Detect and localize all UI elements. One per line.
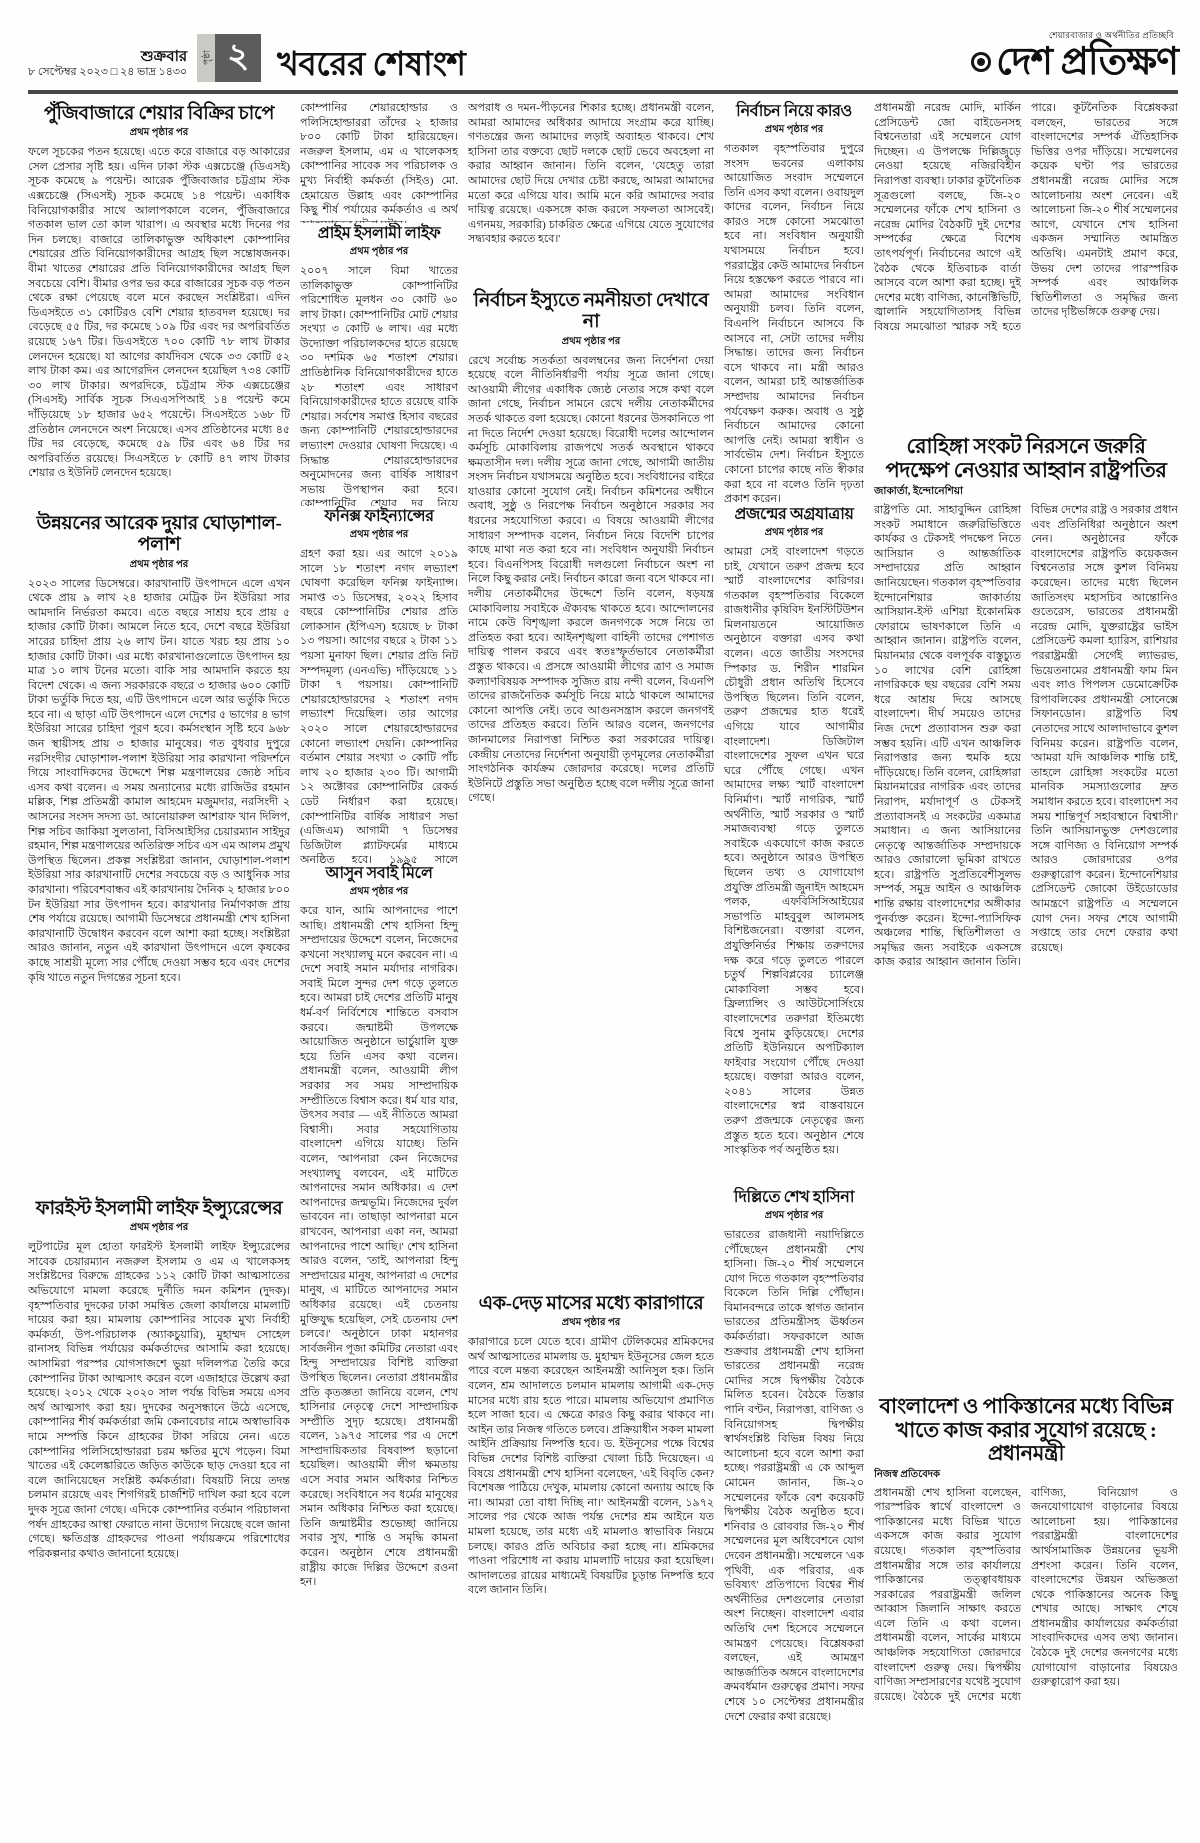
header-left: শুক্রবার ৮ সেপ্টেম্বর ২০২৩ □ ২৪ ভাদ্র ১৪… <box>28 34 465 82</box>
article-dateline: জাকার্তা, ইন্দোনেশিয়া <box>874 484 1178 501</box>
masthead-logo-icon <box>971 52 991 72</box>
continued-from-kicker: প্রথম পৃষ্ঠার পর <box>28 557 290 574</box>
article-headline: বাংলাদেশ ও পাকিস্তানের মধ্যে বিভিন্ন খাত… <box>874 1395 1178 1466</box>
continued-from-kicker: প্রথম পৃষ্ঠার পর <box>300 884 458 901</box>
article-headline: প্রাইম ইসলামী লাইফ <box>300 225 458 243</box>
article-rohingya-crisis: রোহিঙ্গা সংকট নিরসনে জরুরি পদক্ষেপ নেওয়… <box>874 433 1178 1393</box>
article-election-with-no-one: নির্বাচন নিয়ে কারও প্রথম পৃষ্ঠার পর গতক… <box>724 101 864 504</box>
page-header: শুক্রবার ৮ সেপ্টেম্বর ২০২৩ □ ২৪ ভাদ্র ১৪… <box>0 0 1200 88</box>
column-2: কোম্পানির শেয়ারহোল্ডার ও পলিসিহোল্ডাররা… <box>300 101 458 1839</box>
article-fareast-islami-life: ফারইস্ট ইসলামী লাইফ ইন্স্যুরেন্সের প্রথম… <box>28 1196 290 1839</box>
article-phoenix-finance: ফনিক্স ফাইন্যান্সের প্রথম পৃষ্ঠার পর গ্র… <box>300 506 458 863</box>
continued-from-kicker: প্রথম পৃষ্ঠার পর <box>468 1315 714 1332</box>
article-body: অপরাধ ও দমন-পীড়নের শিকার হচ্ছে। প্রধানম… <box>468 101 714 288</box>
continued-from-kicker: প্রথম পৃষ্ঠার পর <box>28 125 290 142</box>
masthead-block: শেয়ারবাজার ও অর্থনীতির প্রতিচ্ছবি দেশ প… <box>971 29 1178 82</box>
column-3: অপরাধ ও দমন-পীড়নের শিকার হচ্ছে। প্রধানম… <box>468 101 714 1839</box>
page-number: ২ <box>215 34 261 82</box>
content-columns: পুঁজিবাজারে শেয়ার বিক্রির চাপে প্রথম পৃ… <box>0 94 1200 1839</box>
article-body: গ্রহণ করা হয়। এর আগে ২০১৯ সালে ১৮ শতাংশ… <box>300 547 458 863</box>
article-headline: প্রজন্মের অগ্রযাত্রায় <box>724 506 864 524</box>
article-asun-sobai-mile: আসুন সবাই মিলে প্রথম পৃষ্ঠার পর করে যান,… <box>300 863 458 1839</box>
article-headline: আসুন সবাই মিলে <box>300 865 458 883</box>
article-body: ২০২৩ সালের ডিসেম্বরে। কারখানাটি উৎপাদনে … <box>28 577 290 1196</box>
section-title: খবরের শেষাংশ <box>277 49 465 82</box>
article-body: আমরা সেই বাংলাদেশ গড়তে চাই, যেখানে তরুণ… <box>724 545 864 1187</box>
article-body: প্রধানমন্ত্রী নরেন্দ্র মোদি, মার্কিন প্র… <box>874 101 1178 433</box>
newspaper-page: শুক্রবার ৮ সেপ্টেম্বর ২০২৩ □ ২৪ ভাদ্র ১৪… <box>0 0 1200 1843</box>
article-generation-progress: প্রজন্মের অগ্রযাত্রায় প্রথম পৃষ্ঠার পর … <box>724 504 864 1187</box>
continued-from-kicker: প্রথম পৃষ্ঠার পর <box>724 525 864 542</box>
page-number-badge: পৃষ্ঠা ২ <box>197 34 261 82</box>
article-headline: পুঁজিবাজারে শেয়ার বিক্রির চাপে <box>28 103 290 124</box>
article-headline: রোহিঙ্গা সংকট নিরসনে জরুরি পদক্ষেপ নেওয়… <box>874 435 1178 482</box>
article-body: প্রধানমন্ত্রী শেখ হাসিনা বলেছেন, পারস্পর… <box>874 1486 1178 1839</box>
article-body: রাষ্ট্রপতি মো. সাহাবুদ্দিন রোহিঙ্গা সংকট… <box>874 503 1178 1393</box>
date-label: ৮ সেপ্টেম্বর ২০২৩ □ ২৪ ভাদ্র ১৪৩০ <box>28 66 187 80</box>
continued-from-kicker: প্রথম পৃষ্ঠার পর <box>28 1220 290 1237</box>
article-body: কোম্পানির শেয়ারহোল্ডার ও পলিসিহোল্ডাররা… <box>300 101 458 223</box>
article-bangladesh-pakistan-cooperation: বাংলাদেশ ও পাকিস্তানের মধ্যে বিভিন্ন খাত… <box>874 1393 1178 1839</box>
article-share-sell-pressure: পুঁজিবাজারে শেয়ার বিক্রির চাপে প্রথম পৃ… <box>28 101 290 511</box>
article-byline: নিজস্ব প্রতিবেদক <box>874 1467 1178 1484</box>
column-5-6: প্রধানমন্ত্রী নরেন্দ্র মোদি, মার্কিন প্র… <box>874 101 1178 1839</box>
article-prime-islami-life: প্রাইম ইসলামী লাইফ প্রথম পৃষ্ঠার পর ২০০৭… <box>300 223 458 506</box>
article-headline: এক-দেড় মাসের মধ্যে কারাগারে <box>468 1293 714 1314</box>
column-4: নির্বাচন নিয়ে কারও প্রথম পৃষ্ঠার পর গতক… <box>724 101 864 1839</box>
page-label: পৃষ্ঠা <box>197 34 215 82</box>
article-body: লুটপাটের মূল হোতা ফারইস্ট ইসলামী লাইফ ইন… <box>28 1240 290 1839</box>
continuation-block: অপরাধ ও দমন-পীড়নের শিকার হচ্ছে। প্রধানম… <box>468 101 714 288</box>
column-1: পুঁজিবাজারে শেয়ার বিক্রির চাপে প্রথম পৃ… <box>28 101 290 1839</box>
continued-from-kicker: প্রথম পৃষ্ঠার পর <box>724 122 864 139</box>
article-headline: ফনিক্স ফাইন্যান্সের <box>300 508 458 526</box>
article-headline: ফারইস্ট ইসলামী লাইফ ইন্স্যুরেন্সের <box>28 1198 290 1219</box>
article-body: ভারতের রাজধানী নয়াদিল্লিতে পৌঁছেছেন প্র… <box>724 1228 864 1839</box>
article-body: ২০০৭ সালে বিমা খাতের তালিকাভুক্ত কোম্পান… <box>300 264 458 506</box>
article-body: গতকাল বৃহস্পতিবার দুপুরে সংসদ ভবনের এলাক… <box>724 142 864 504</box>
article-body: কারাগারে চলে যেতে হবে। গ্রামীণ টেলিকমের … <box>468 1335 714 1839</box>
masthead-title: দেশ প্রতিক্ষণ <box>996 44 1178 80</box>
article-body: রেখে সর্বোচ্চ সতর্কতা অবলম্বনের জন্য নির… <box>468 354 714 1291</box>
continued-from-kicker: প্রথম পৃষ্ঠার পর <box>724 1208 864 1225</box>
continuation-block: কোম্পানির শেয়ারহোল্ডার ও পলিসিহোল্ডাররা… <box>300 101 458 223</box>
article-jail-in-one-two-months: এক-দেড় মাসের মধ্যে কারাগারে প্রথম পৃষ্ঠ… <box>468 1291 714 1839</box>
article-headline: দিল্লিতে শেখ হাসিনা <box>724 1189 864 1207</box>
article-hasina-in-delhi: দিল্লিতে শেখ হাসিনা প্রথম পৃষ্ঠার পর ভার… <box>724 1187 864 1839</box>
article-ghorashal-palash: উন্নয়নের আরেক দুয়ার ঘোড়াশাল-পলাশ প্রথ… <box>28 511 290 1196</box>
continuation-block: প্রধানমন্ত্রী নরেন্দ্র মোদি, মার্কিন প্র… <box>874 101 1178 433</box>
article-headline: নির্বাচন নিয়ে কারও <box>724 103 864 121</box>
continued-from-kicker: প্রথম পৃষ্ঠার পর <box>300 527 458 544</box>
masthead: দেশ প্রতিক্ষণ <box>971 44 1178 80</box>
continued-from-kicker: প্রথম পৃষ্ঠার পর <box>300 244 458 261</box>
continued-from-kicker: প্রথম পৃষ্ঠার পর <box>468 334 714 351</box>
date-block: শুক্রবার ৮ সেপ্টেম্বর ২০২৩ □ ২৪ ভাদ্র ১৪… <box>28 48 187 83</box>
article-election-no-flexibility: নির্বাচন ইস্যুতে নমনীয়তা দেখাবে না প্রথ… <box>468 288 714 1291</box>
article-headline: নির্বাচন ইস্যুতে নমনীয়তা দেখাবে না <box>468 290 714 333</box>
article-body: করে যান, আমি আপনাদের পাশে আছি। প্রধানমন্… <box>300 904 458 1839</box>
weekday-label: শুক্রবার <box>28 48 187 67</box>
article-body: ফলে সূচকের পতন হয়েছে। এতে করে বাজারে বড… <box>28 145 290 511</box>
article-headline: উন্নয়নের আরেক দুয়ার ঘোড়াশাল-পলাশ <box>28 513 290 556</box>
